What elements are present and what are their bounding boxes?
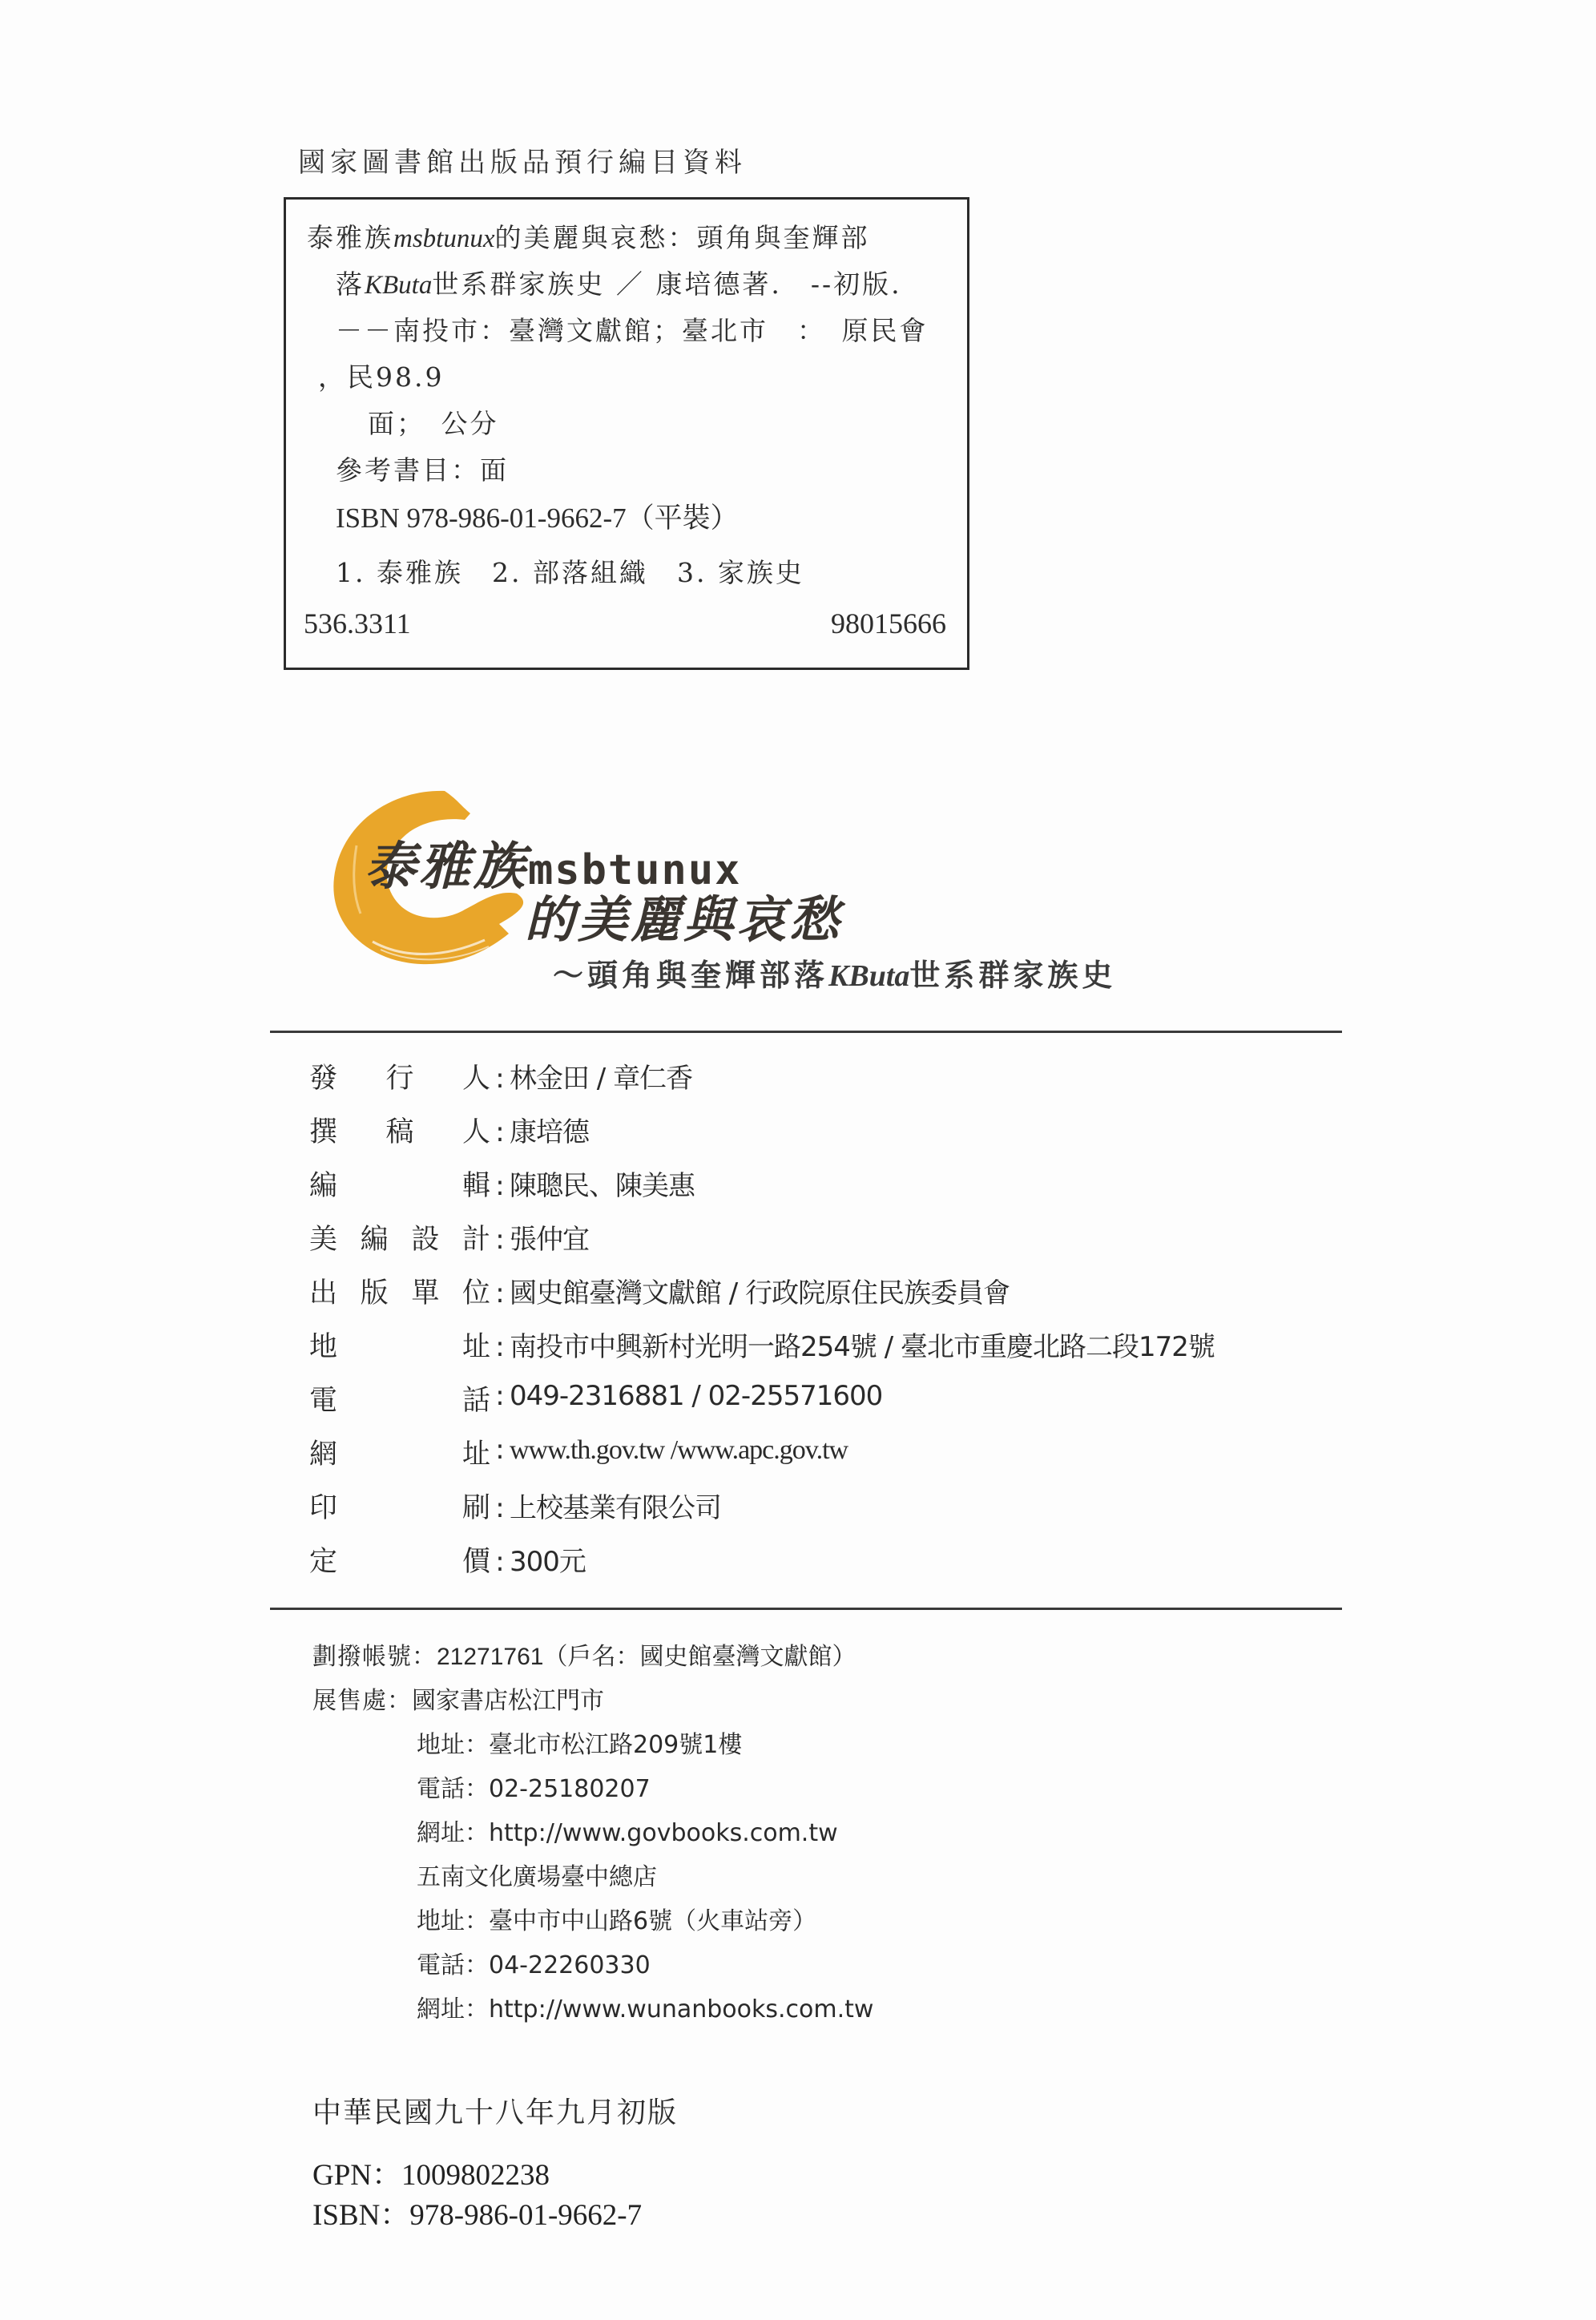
store-1-website-link[interactable]: 網址：http://www.govbooks.com.tw (417, 1813, 838, 1848)
store-name: 國家書店松江門市 (412, 1687, 604, 1715)
colon: : (490, 1434, 510, 1466)
cip-heading: 國家圖書館出版品預行編目資料 (298, 140, 747, 180)
staff-label: 撰稿人 (309, 1110, 490, 1150)
cip-title-line-2: 落KButa世系群家族史 ／ 康培德著. --初版. (336, 264, 902, 301)
edition-date: 中華民國九十八年九月初版 (312, 2090, 678, 2131)
staff-label: 出版單位 (309, 1271, 490, 1311)
postal-account-value: 21271761（戶名：國史館臺灣文獻館） (437, 1644, 856, 1670)
cip-latin: KButa (365, 271, 432, 300)
staff-value: 上校基業有限公司 (510, 1486, 721, 1525)
store-2-address: 地址：臺中市中山路6號（火車站旁） (417, 1901, 816, 1936)
staff-value: 陳聰民、陳美惠 (510, 1164, 695, 1203)
staff-label: 網址 (309, 1432, 490, 1472)
subtitle-text: ～頭角與奎輝部落 (553, 957, 828, 993)
subtitle-latin: KButa (828, 959, 909, 993)
cip-bibliography-line: 參考書目：面 (336, 450, 509, 487)
cip-date-line: ，民98.9 (318, 357, 444, 394)
staff-label: 定價 (309, 1539, 490, 1580)
staff-row-printer: 印刷:上校基業有限公司 (309, 1486, 721, 1534)
staff-value: www.th.gov.tw /www.apc.gov.tw (510, 1435, 848, 1466)
divider-bottom (270, 1608, 1342, 1610)
staff-value: 南投市中興新村光明一路254號 / 臺北市重慶北路二段172號 (510, 1325, 1215, 1364)
cip-title-line-1: 泰雅族msbtunux的美麗與哀愁：頭角與奎輝部 (307, 217, 870, 255)
colon: : (490, 1546, 510, 1578)
sales-outlets-heading: 展售處：國家書店松江門市 (312, 1680, 604, 1716)
staff-row-author: 撰稿人:康培德 (309, 1110, 589, 1158)
cip-pages-line: 面； 公分 (368, 403, 499, 441)
colon: : (490, 1331, 510, 1363)
book-title-line-2: 的美麗與哀愁 (525, 880, 842, 951)
staff-label: 發行人 (309, 1056, 490, 1096)
staff-value: 康培德 (510, 1110, 589, 1149)
store-2-website-link[interactable]: 網址：http://www.wunanbooks.com.tw (417, 1989, 873, 2024)
cip-classification: 536.3311 (304, 607, 411, 640)
staff-value: 張仲宜 (510, 1217, 589, 1257)
colon: : (490, 1170, 510, 1202)
cip-text: 世系群家族史 ／ 康培德著. --初版. (432, 268, 901, 300)
colon: : (490, 1224, 510, 1256)
staff-row-editor: 編輯:陳聰民、陳美惠 (309, 1164, 695, 1212)
cip-record-box: 泰雅族msbtunux的美麗與哀愁：頭角與奎輝部 落KButa世系群家族史 ／ … (284, 197, 969, 670)
store-1-address: 地址：臺北市松江路209號1樓 (417, 1725, 742, 1760)
staff-label: 美編設計 (309, 1217, 490, 1257)
store-1-phone: 電話：02-25180207 (417, 1769, 651, 1804)
cip-publisher-line: －－南投市：臺灣文獻館；臺北市 ： 原民會 (336, 310, 929, 348)
staff-row-website: 網址: www.th.gov.tw /www.apc.gov.tw (309, 1432, 848, 1480)
staff-value: 300元 (510, 1539, 586, 1579)
staff-row-address: 地址:南投市中興新村光明一路254號 / 臺北市重慶北路二段172號 (309, 1325, 1215, 1373)
staff-value: 國史館臺灣文獻館 / 行政院原住民族委員會 (510, 1271, 1010, 1310)
staff-label: 電話 (309, 1378, 490, 1418)
colon: : (490, 1492, 510, 1524)
cip-record-number: 98015666 (831, 607, 946, 640)
postal-account: 劃撥帳號：21271761（戶名：國史館臺灣文獻館） (312, 1636, 856, 1672)
cip-latin: msbtunux (393, 224, 495, 253)
divider-top (270, 1031, 1342, 1033)
postal-account-label: 劃撥帳號： (312, 1643, 437, 1671)
colon: : (490, 1116, 510, 1148)
colon: : (490, 1277, 510, 1309)
cip-subjects-line: 1. 泰雅族 2. 部落組織 3. 家族史 (336, 552, 804, 590)
staff-row-price: 定價:300元 (309, 1539, 586, 1588)
cip-text: 落 (336, 268, 365, 300)
isbn-number: ISBN：978-986-01-9662-7 (312, 2190, 642, 2233)
staff-value: 林金田 / 章仁香 (510, 1056, 692, 1095)
staff-label: 印刷 (309, 1486, 490, 1526)
book-title-chinese: 泰雅族 (365, 837, 528, 897)
staff-label: 編輯 (309, 1164, 490, 1204)
book-subtitle: ～頭角與奎輝部落KButa世系群家族史 (553, 950, 1116, 995)
staff-label: 地址 (309, 1325, 490, 1365)
cip-text: 泰雅族 (307, 222, 393, 253)
subtitle-text: 世系群家族史 (909, 957, 1116, 993)
staff-row-publishing-unit: 出版單位:國史館臺灣文獻館 / 行政院原住民族委員會 (309, 1271, 1010, 1319)
sales-label: 展售處： (312, 1687, 412, 1715)
store-2-phone: 電話：04-22260330 (417, 1945, 651, 1980)
cip-isbn-line: ISBN 978-986-01-9662-7（平裝） (336, 496, 739, 536)
staff-row-publisher: 發行人:林金田 / 章仁香 (309, 1056, 692, 1104)
staff-value: 049-2316881 / 02-25571600 (510, 1380, 882, 1412)
colon: : (490, 1380, 510, 1412)
gpn-number: GPN：1009802238 (312, 2150, 550, 2193)
staff-row-designer: 美編設計:張仲宜 (309, 1217, 589, 1265)
store-2-name: 五南文化廣場臺中總店 (417, 1857, 657, 1892)
cip-text: 的美麗與哀愁：頭角與奎輝部 (495, 222, 870, 253)
staff-row-phone: 電話:049-2316881 / 02-25571600 (309, 1378, 882, 1426)
colon: : (490, 1063, 510, 1095)
